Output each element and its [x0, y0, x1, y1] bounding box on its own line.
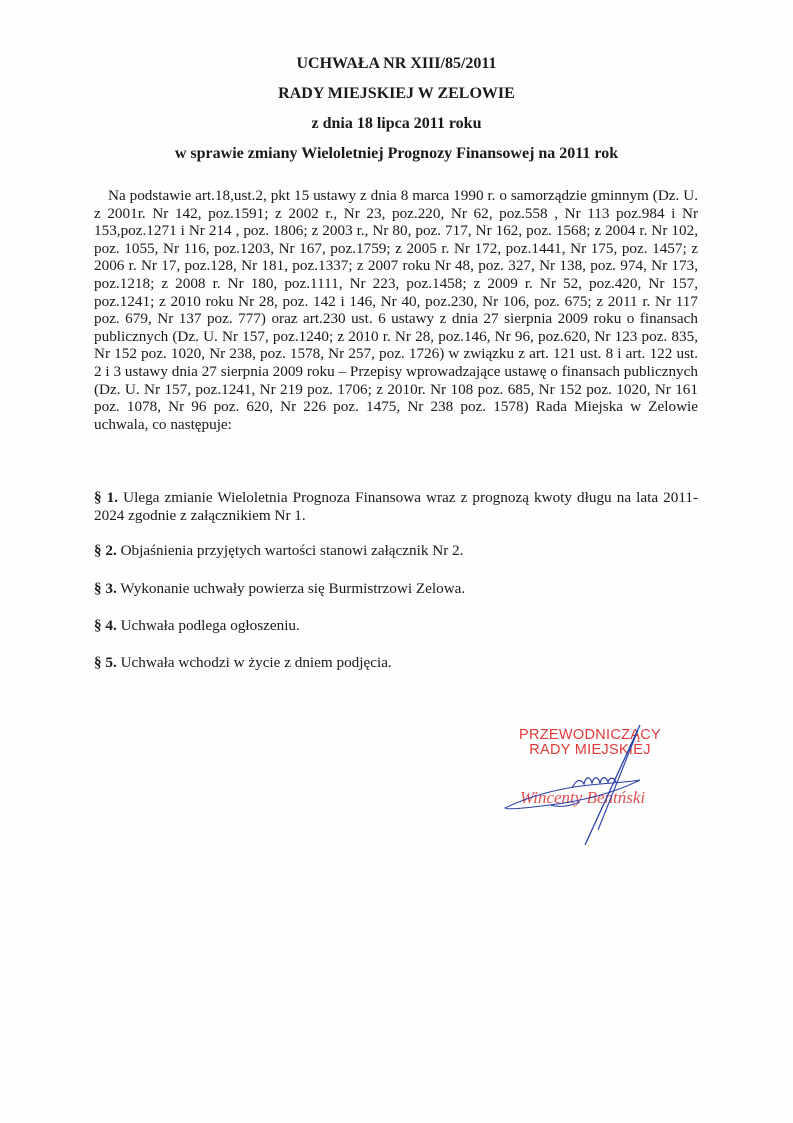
paragraph-mark: § 4.: [94, 617, 117, 634]
paragraph-5: § 5. Uchwała wchodzi w życie z dniem pod…: [94, 654, 698, 672]
council-name: RADY MIEJSKIEJ W ZELOWIE: [0, 85, 793, 103]
resolution-subject: w sprawie zmiany Wieloletniej Prognozy F…: [0, 145, 793, 163]
legal-basis-preamble: Na podstawie art.18,ust.2, pkt 15 ustawy…: [94, 187, 698, 433]
paragraph-text: Uchwała wchodzi w życie z dniem podjęcia…: [117, 654, 392, 671]
paragraph-3: § 3. Wykonanie uchwały powierza się Burm…: [94, 580, 698, 598]
paragraph-mark: § 5.: [94, 654, 117, 671]
handwritten-signature-icon: [490, 710, 700, 850]
paragraph-mark: § 1.: [94, 489, 118, 506]
paragraph-text: Ulega zmianie Wieloletnia Prognoza Finan…: [94, 489, 698, 524]
paragraph-2: § 2. Objaśnienia przyjętych wartości sta…: [94, 542, 698, 560]
paragraph-text: Wykonanie uchwały powierza się Burmistrz…: [117, 580, 465, 597]
resolution-number: UCHWAŁA NR XIII/85/2011: [0, 55, 793, 73]
paragraph-4: § 4. Uchwała podlega ogłoszeniu.: [94, 617, 698, 635]
resolution-date: z dnia 18 lipca 2011 roku: [0, 115, 793, 133]
paragraph-mark: § 3.: [94, 580, 117, 597]
document-page: UCHWAŁA NR XIII/85/2011 RADY MIEJSKIEJ W…: [0, 0, 793, 1123]
paragraph-1: § 1. Ulega zmianie Wieloletnia Prognoza …: [94, 489, 698, 524]
paragraph-text: Objaśnienia przyjętych wartości stanowi …: [117, 542, 464, 559]
paragraph-mark: § 2.: [94, 542, 117, 559]
paragraph-text: Uchwała podlega ogłoszeniu.: [117, 617, 300, 634]
